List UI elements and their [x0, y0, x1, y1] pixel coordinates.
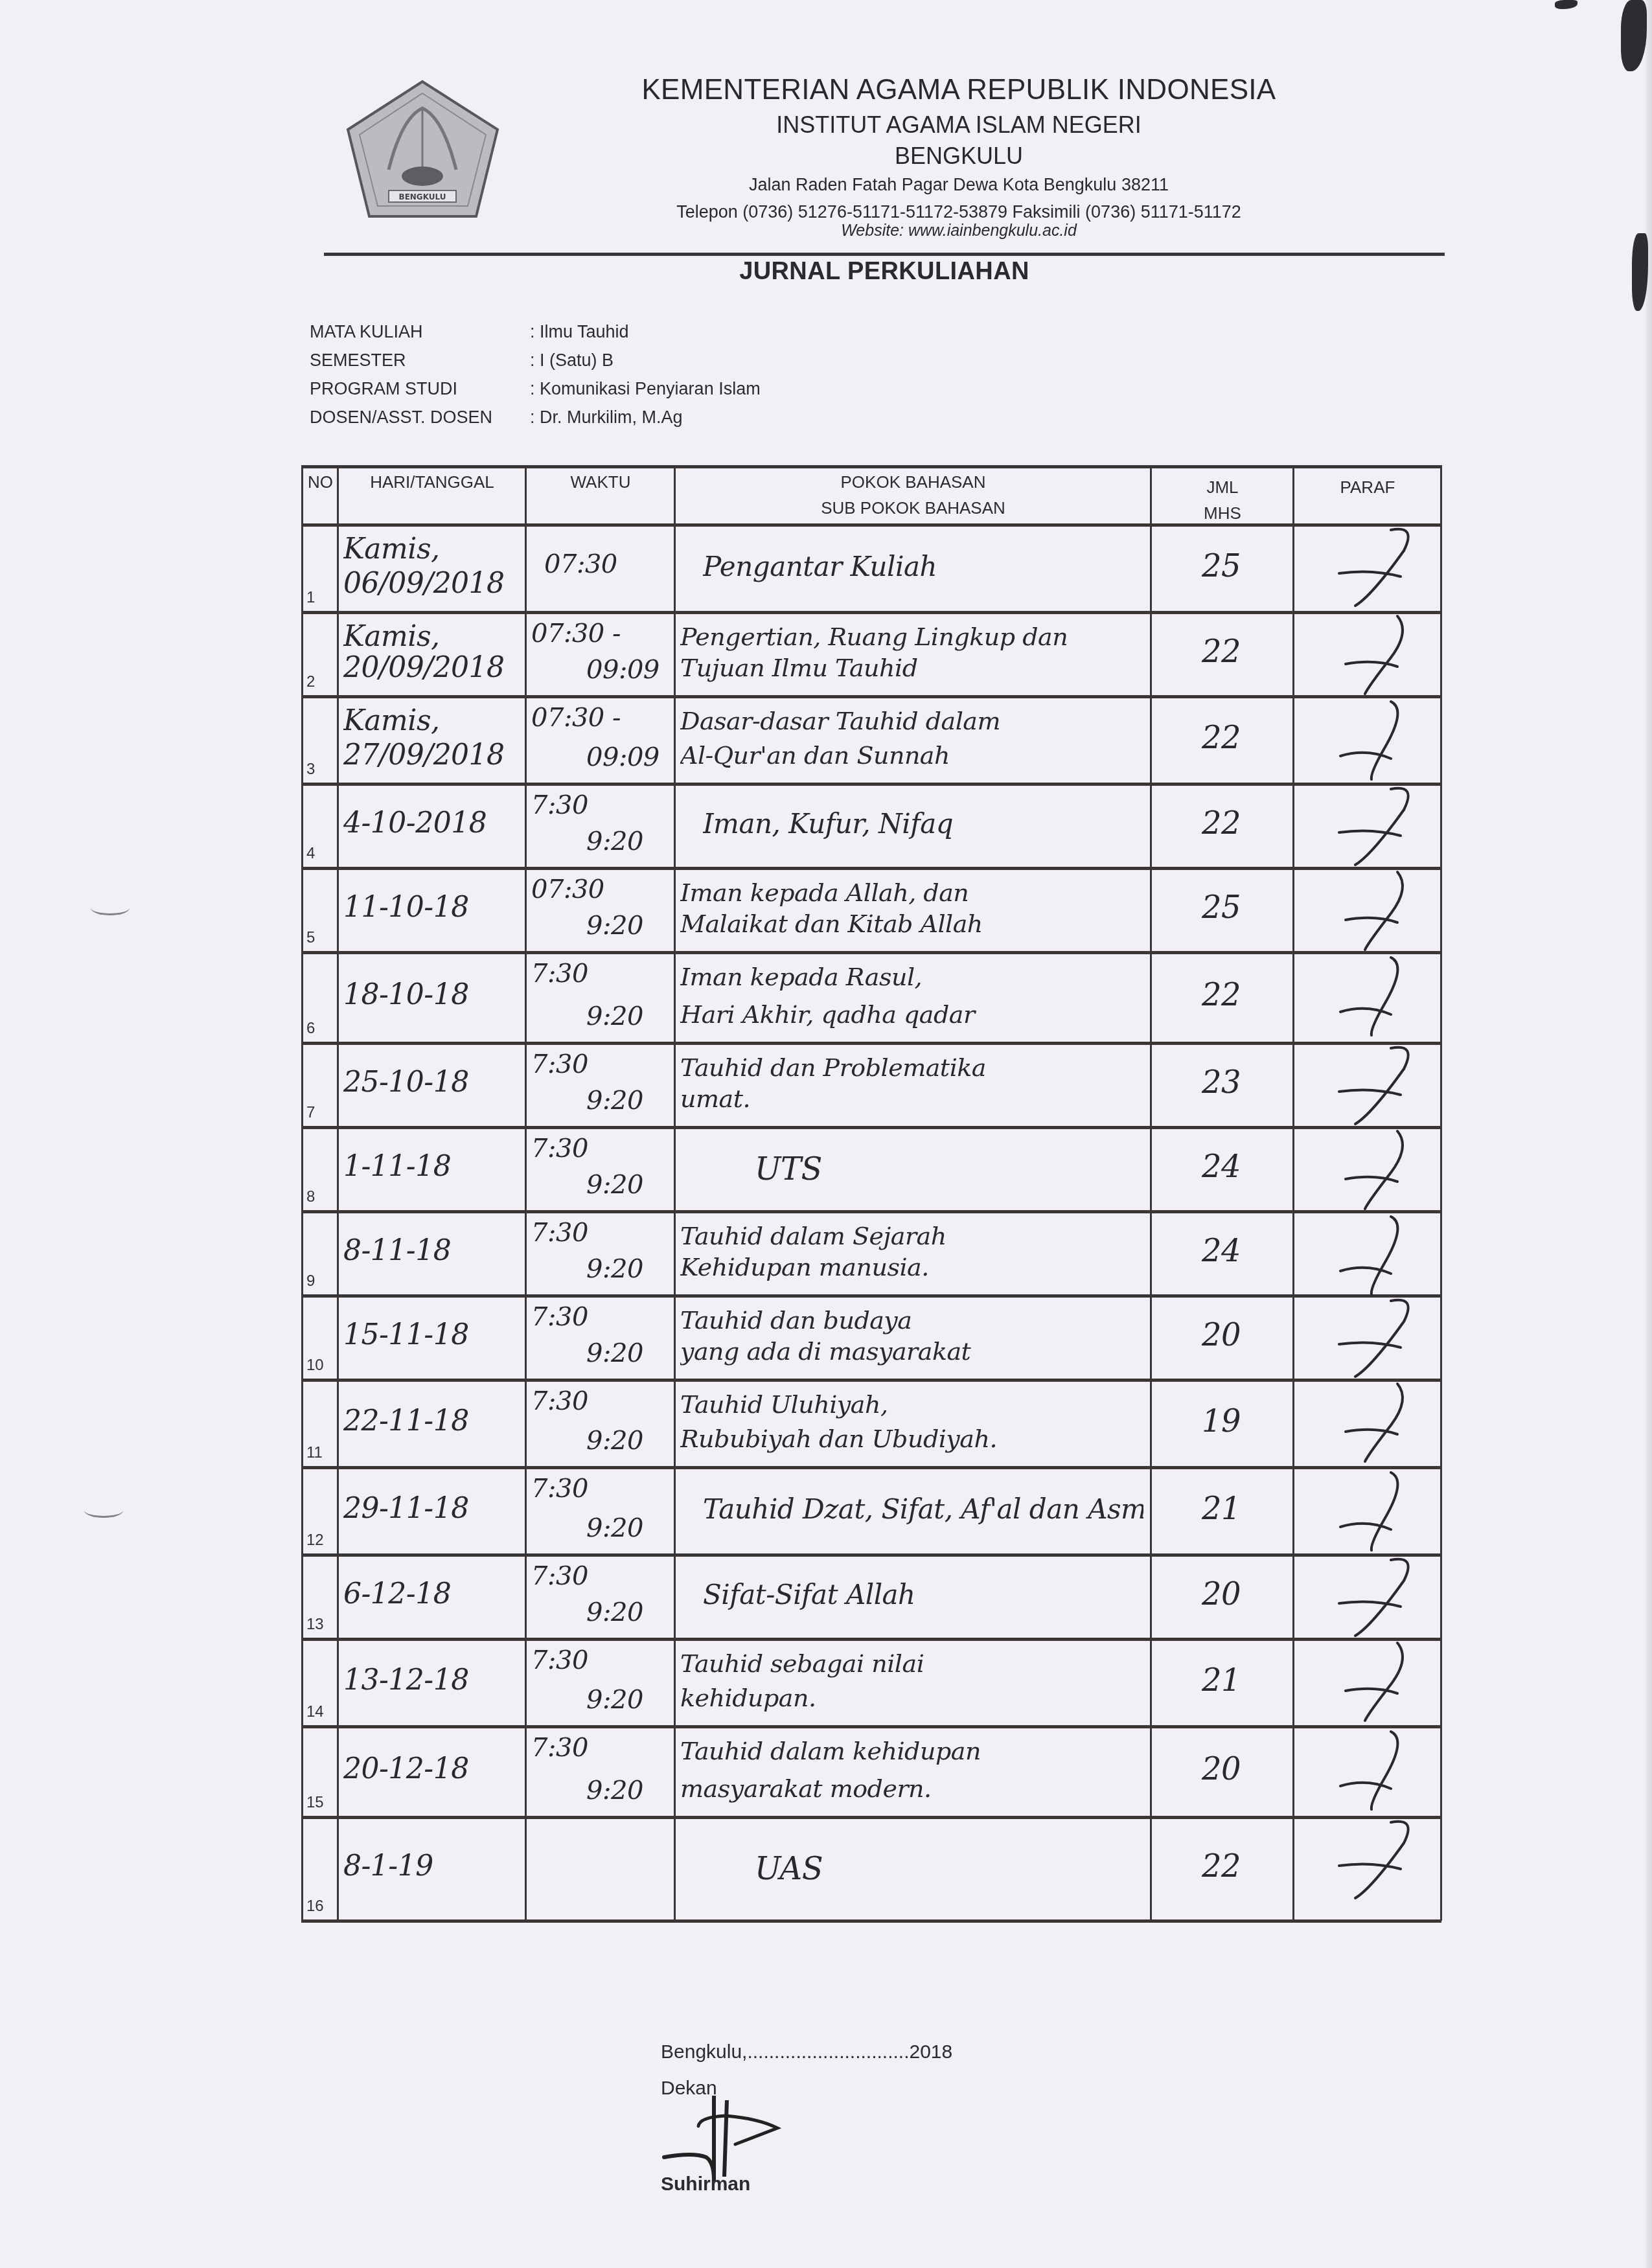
row-topic: Iman kepada Allah, dan	[680, 878, 1147, 907]
row-date: 18-10-18	[343, 978, 525, 1011]
row-time-end: 9:20	[586, 827, 671, 856]
paraf-signature-icon	[1294, 868, 1443, 952]
row-number: 11	[306, 1444, 323, 1462]
row-date: 20-12-18	[343, 1752, 525, 1785]
row-number: 14	[306, 1703, 324, 1721]
row-time-end: 09:09	[586, 655, 671, 685]
signer-name: Suhirman	[661, 2173, 750, 2195]
row-number: 8	[306, 1188, 315, 1206]
row-student-count: 22	[1150, 977, 1292, 1013]
row-topic: Tauhid dan Problematika	[680, 1053, 1147, 1082]
table-row: 1520-12-187:309:20Tauhid dalam kehidupan…	[301, 1726, 1440, 1817]
row-time-start: 07:30 -	[531, 619, 671, 648]
institute-website: Website: www.iainbengkulu.ac.id	[518, 222, 1399, 240]
row-number: 9	[306, 1272, 315, 1290]
institute-phone: Telepon (0736) 51276-51171-51172-53879 F…	[518, 202, 1399, 222]
header-topic: POKOK BAHASAN	[675, 469, 1151, 495]
institute-address: Jalan Raden Fatah Pagar Dewa Kota Bengku…	[518, 175, 1399, 195]
row-date: 20/09/2018	[343, 651, 525, 684]
row-date: 13-12-18	[343, 1664, 525, 1697]
place-date: Bengkulu,..............................2…	[661, 2034, 952, 2070]
header-subtopic: SUB POKOK BAHASAN	[675, 495, 1151, 521]
row-time-start: 07:30 -	[531, 703, 671, 733]
row-time-start: 07:30	[531, 875, 671, 904]
row-topic: Dasar-dasar Tauhid dalam	[680, 707, 1147, 735]
row-student-count: 22	[1150, 720, 1292, 756]
ministry-name: KEMENTERIAN AGAMA REPUBLIK INDONESIA	[518, 74, 1399, 106]
row-time-start: 7:30	[531, 1218, 671, 1248]
row-topic: Pengertian, Ruang Lingkup dan	[680, 623, 1147, 651]
row-time-end: 9:20	[586, 1338, 671, 1368]
row-number: 2	[306, 673, 315, 691]
row-date: 1-11-18	[343, 1150, 525, 1183]
row-topic: Tauhid sebagai nilai	[680, 1649, 1147, 1678]
row-student-count: 24	[1150, 1149, 1292, 1185]
row-subtopic: Kehidupan manusia.	[680, 1253, 1147, 1281]
table-row: 1229-11-187:309:20Tauhid Dzat, Sifat, Af…	[301, 1467, 1440, 1555]
header-time: WAKTU	[526, 469, 675, 495]
table-row: 618-10-187:309:20Iman kepada Rasul,Hari …	[301, 952, 1440, 1043]
paraf-signature-icon	[1294, 1127, 1443, 1211]
table-row: 511-10-1807:309:20Iman kepada Allah, dan…	[301, 868, 1440, 952]
row-time-start: 7:30	[531, 1733, 671, 1763]
row-number: 7	[306, 1104, 315, 1122]
row-topic: Tauhid Uluhiyah,	[680, 1390, 1147, 1419]
row-date: 22-11-18	[343, 1404, 525, 1438]
row-time-start: 7:30	[531, 1474, 671, 1504]
row-time-start: 7:30	[531, 790, 671, 820]
punch-hole-mark	[91, 900, 130, 915]
row-student-count: 20	[1150, 1751, 1292, 1787]
scan-smudge	[1555, 0, 1577, 9]
info-row-semester: SEMESTER : I (Satu) B	[310, 346, 761, 374]
row-subtopic: yang ada di masyarakat	[680, 1337, 1147, 1366]
table-row: 81-11-187:309:20UTS24	[301, 1127, 1440, 1211]
row-student-count: 25	[1150, 889, 1292, 926]
row-topic: Tauhid dalam kehidupan	[680, 1737, 1147, 1765]
table-row: 44-10-20187:309:20Iman, Kufur, Nifaq22	[301, 784, 1440, 868]
row-topic: Tauhid Dzat, Sifat, Af'al dan Asma	[703, 1493, 1143, 1525]
row-number: 6	[306, 1020, 315, 1038]
header-paraf: PARAF	[1294, 474, 1441, 500]
row-subtopic: Rububiyah dan Ubudiyah.	[680, 1425, 1147, 1453]
paraf-signature-icon	[1294, 1639, 1443, 1723]
table-row: 3Kamis,27/09/201807:30 -09:09Dasar-dasar…	[301, 696, 1440, 784]
row-time-start: 7:30	[531, 1049, 671, 1079]
table-border	[301, 465, 1441, 468]
row-topic: UAS	[755, 1851, 1195, 1887]
row-time-end: 9:20	[586, 1086, 671, 1116]
row-time-end: 9:20	[586, 1254, 671, 1284]
table-row: 725-10-187:309:20Tauhid dan Problematika…	[301, 1043, 1440, 1127]
row-number: 10	[306, 1357, 324, 1375]
info-label: SEMESTER	[310, 346, 530, 374]
row-date: 8-11-18	[343, 1234, 525, 1267]
row-subtopic: umat.	[680, 1084, 1147, 1113]
row-time-end: 9:20	[586, 1685, 671, 1715]
row-number: 13	[306, 1616, 324, 1634]
row-time-end: 9:20	[586, 1598, 671, 1627]
row-date: Kamis,	[343, 533, 525, 566]
info-row-course: MATA KULIAH : Ilmu Tauhid	[310, 317, 761, 346]
info-value: : Ilmu Tauhid	[530, 317, 629, 346]
row-student-count: 20	[1150, 1576, 1292, 1612]
table-row: 2Kamis,20/09/201807:30 -09:09Pengertian,…	[301, 612, 1440, 696]
row-number: 12	[306, 1531, 324, 1550]
row-student-count: 21	[1150, 1662, 1292, 1699]
row-student-count: 24	[1150, 1233, 1292, 1269]
row-time-end: 9:20	[586, 1513, 671, 1543]
row-time-end: 9:20	[586, 1776, 671, 1805]
row-time-end: 9:20	[586, 1426, 671, 1456]
row-student-count: 25	[1150, 548, 1292, 584]
row-topic: Iman, Kufur, Nifaq	[703, 808, 1143, 840]
row-time-start: 7:30	[531, 959, 671, 989]
row-student-count: 22	[1150, 805, 1292, 842]
institute-city: BENGKULU	[518, 143, 1399, 170]
paraf-signature-icon	[1294, 612, 1443, 696]
paraf-signature-icon	[1294, 525, 1443, 609]
row-student-count: 20	[1150, 1317, 1292, 1353]
header-count-sub: MHS	[1151, 500, 1294, 526]
row-topic: UTS	[755, 1151, 1195, 1187]
iain-bengkulu-seal-icon: BENGKULU	[343, 79, 502, 222]
row-date: 29-11-18	[343, 1492, 525, 1525]
row-student-count: 19	[1150, 1403, 1292, 1439]
info-row-program: PROGRAM STUDI : Komunikasi Penyiaran Isl…	[310, 374, 761, 403]
svg-text:BENGKULU: BENGKULU	[398, 192, 446, 201]
letterhead-divider	[324, 253, 1445, 256]
info-value: : I (Satu) B	[530, 346, 614, 374]
scan-edge	[1646, 0, 1652, 2268]
row-date: 25-10-18	[343, 1066, 525, 1099]
table-row: 1413-12-187:309:20Tauhid sebagai nilaike…	[301, 1639, 1440, 1726]
row-date: 11-10-18	[343, 891, 525, 924]
paraf-signature-icon	[1294, 1380, 1443, 1464]
course-info: MATA KULIAH : Ilmu Tauhid SEMESTER : I (…	[310, 317, 761, 431]
row-student-count: 22	[1150, 1848, 1292, 1884]
row-subtopic: kehidupan.	[680, 1684, 1147, 1712]
institute-name: INSTITUT AGAMA ISLAM NEGERI	[518, 111, 1399, 139]
row-subtopic: Al-Qur'an dan Sunnah	[680, 741, 1147, 770]
row-time-start: 7:30	[531, 1302, 671, 1332]
row-number: 16	[306, 1897, 324, 1916]
row-number: 4	[306, 845, 315, 863]
row-subtopic: Malaikat dan Kitab Allah	[680, 910, 1147, 938]
lecture-journal-table: NO HARI/TANGGAL WAKTU POKOK BAHASAN SUB …	[301, 465, 1441, 1921]
table-row: 1Kamis,06/09/201807:30Pengantar Kuliah25	[301, 525, 1440, 612]
header-date: HARI/TANGGAL	[338, 469, 526, 495]
paraf-signature-icon	[1294, 1296, 1443, 1380]
paraf-signature-icon	[1294, 1555, 1443, 1639]
header-count: JML	[1151, 474, 1294, 500]
row-time-start: 07:30	[544, 549, 671, 579]
row-subtopic: Tujuan Ilmu Tauhid	[680, 654, 1147, 682]
row-number: 5	[306, 929, 315, 947]
paraf-signature-icon	[1294, 952, 1443, 1037]
row-number: 15	[306, 1794, 324, 1812]
row-subtopic: masyarakat modern.	[680, 1774, 1147, 1803]
row-date: 06/09/2018	[343, 567, 525, 600]
paraf-signature-icon	[1294, 1817, 1443, 1901]
row-time-end: 9:20	[586, 1002, 671, 1031]
paraf-signature-icon	[1294, 1211, 1443, 1296]
row-date: 8-1-19	[343, 1850, 525, 1883]
info-label: PROGRAM STUDI	[310, 374, 530, 403]
punch-hole-mark	[84, 1503, 123, 1518]
row-time-start: 7:30	[531, 1645, 671, 1675]
scan-smudge	[1621, 0, 1647, 71]
info-value: : Komunikasi Penyiaran Islam	[530, 374, 761, 403]
table-row: 136-12-187:309:20Sifat-Sifat Allah20	[301, 1555, 1440, 1639]
row-date: Kamis,	[343, 620, 525, 653]
paraf-signature-icon	[1294, 1467, 1443, 1552]
row-topic: Iman kepada Rasul,	[680, 963, 1147, 991]
paraf-signature-icon	[1294, 784, 1443, 868]
row-student-count: 22	[1150, 634, 1292, 670]
row-subtopic: Hari Akhir, qadha qadar	[680, 1000, 1147, 1029]
row-date: 4-10-2018	[343, 807, 525, 840]
row-number: 3	[306, 761, 315, 779]
row-date: 15-11-18	[343, 1318, 525, 1351]
row-time-end: 9:20	[586, 911, 671, 941]
row-time-start: 7:30	[531, 1561, 671, 1591]
row-date: 6-12-18	[343, 1577, 525, 1610]
row-time-end: 9:20	[586, 1170, 671, 1200]
table-row: 1122-11-187:309:20Tauhid Uluhiyah,Rububi…	[301, 1380, 1440, 1467]
row-student-count: 21	[1150, 1491, 1292, 1527]
info-value: : Dr. Murkilim, M.Ag	[530, 403, 683, 431]
row-date: 27/09/2018	[343, 739, 525, 772]
info-label: DOSEN/ASST. DOSEN	[310, 403, 530, 431]
row-topic: Tauhid dan budaya	[680, 1306, 1147, 1334]
paraf-signature-icon	[1294, 1726, 1443, 1811]
paraf-signature-icon	[1294, 1043, 1443, 1127]
info-label: MATA KULIAH	[310, 317, 530, 346]
info-row-lecturer: DOSEN/ASST. DOSEN : Dr. Murkilim, M.Ag	[310, 403, 761, 431]
row-topic: Sifat-Sifat Allah	[703, 1579, 1143, 1610]
row-time-start: 7:30	[531, 1386, 671, 1416]
dean-signature-icon	[654, 2092, 810, 2183]
row-student-count: 23	[1150, 1064, 1292, 1101]
row-topic: Pengantar Kuliah	[703, 551, 1143, 582]
document-title: JURNAL PERKULIAHAN	[324, 258, 1445, 286]
paraf-signature-icon	[1294, 696, 1443, 781]
header-no: NO	[303, 469, 338, 495]
table-row: 168-1-19UAS22	[301, 1817, 1440, 1921]
table-row: 98-11-187:309:20Tauhid dalam SejarahKehi…	[301, 1211, 1440, 1296]
row-time-start: 7:30	[531, 1134, 671, 1163]
row-topic: Tauhid dalam Sejarah	[680, 1222, 1147, 1250]
table-row: 1015-11-187:309:20Tauhid dan budayayang …	[301, 1296, 1440, 1380]
row-number: 1	[306, 589, 315, 607]
row-date: Kamis,	[343, 704, 525, 737]
row-time-end: 09:09	[586, 742, 671, 772]
